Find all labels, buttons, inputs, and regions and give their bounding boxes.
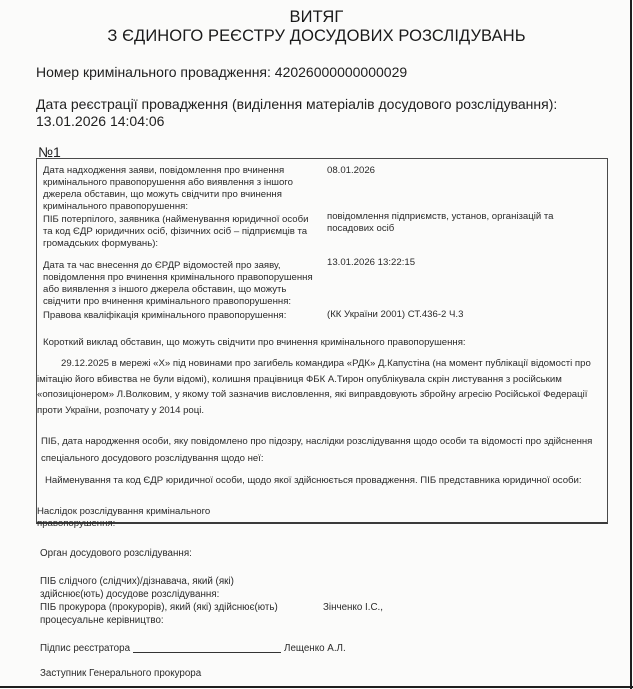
- summary-label: Короткий виклад обставин, що можуть свід…: [43, 337, 601, 349]
- outcome-label: Наслідок розслідування кримінального пра…: [37, 506, 217, 530]
- summary-text: 29.12.2025 в мережі «Х» під новинами про…: [37, 356, 605, 418]
- field-label-erdr-date: Дата та час внесення до ЄРДР відомостей …: [43, 260, 313, 308]
- legal-entity-label: Найменування та код ЄДР юридичної особи,…: [45, 475, 603, 487]
- field-value-erdr-date: 13.01.2026 13:22:15: [327, 257, 602, 269]
- suspect-label: ПІБ, дата народження особи, яку повідомл…: [41, 433, 601, 467]
- registrar-signature-row: Підпис реєстратораЛещенко А.Л.: [40, 642, 440, 656]
- field-value-victim: повідомлення підприємств, установ, орган…: [327, 211, 602, 235]
- document-subtitle: З ЄДИНОГО РЕЄСТРУ ДОСУДОВИХ РОЗСЛІДУВАНЬ: [0, 27, 633, 46]
- field-label-legal-qualification: Правова кваліфікація кримінального право…: [43, 310, 313, 322]
- page-edge-right: [630, 0, 632, 689]
- criminal-case-number: Номер кримінального провадження: 4202600…: [36, 64, 407, 81]
- document-title: ВИТЯГ: [0, 8, 633, 27]
- field-label-statement-date: Дата надходження заяви, повідомлення про…: [43, 165, 313, 213]
- record-box: Дата надходження заяви, повідомлення про…: [36, 158, 608, 524]
- page-edge-bottom: [0, 686, 633, 688]
- prosecutor-name: Зінченко І.С.,: [323, 602, 383, 613]
- registration-date: Дата реєстрації провадження (виділення м…: [36, 96, 596, 130]
- field-label-victim: ПІБ потерпілого, заявника (найменування …: [43, 214, 313, 250]
- deputy-prosecutor-title: Заступник Генерального прокурора: [40, 668, 201, 681]
- registrar-signature-label: Підпис реєстратора: [40, 643, 130, 654]
- investigator-label: ПІБ слідчого (слідчих)/дізнавача, який (…: [40, 576, 300, 601]
- signature-line: [133, 642, 281, 653]
- registrar-name: Лещенко А.Л.: [284, 643, 346, 654]
- field-value-legal-qualification: (КК України 2001) СТ.436-2 Ч.3: [327, 309, 602, 321]
- prosecutor-label: ПІБ прокурора (прокурорів), який (які) з…: [40, 602, 295, 627]
- investigation-body-label: Орган досудового розслідування:: [40, 548, 192, 561]
- field-value-statement-date: 08.01.2026: [327, 165, 602, 177]
